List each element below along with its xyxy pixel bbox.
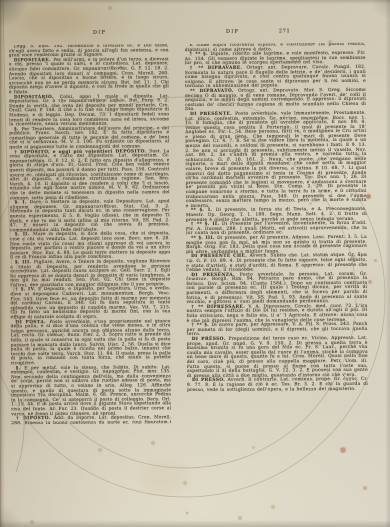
entry-headword: † ** §. [192,323,212,328]
entry-headword: DI PRESÈNTE CHE. [191,254,250,259]
entry-headword: DIPOSITÀRE. [14,58,54,63]
scanned-dictionary-page: DIP DIP 271 Legg. S. Eust. 192. Incominc… [0,0,390,527]
entry-headword: † DIPÒSTO. [16,416,54,421]
entry-headword: † ** §. [190,52,211,57]
entry-headword: † ** §. II. [191,222,222,227]
dictionary-entry: DI PRESÈNTE. Posto avverbiale, vale Imma… [185,112,367,210]
entry-headword: DI PÒSTA. [16,320,50,325]
text-column-left: Legg. S. Eust. 192. Incominciò a favella… [9,44,172,424]
dictionary-entry: §. Per Tesoriere, Amministratore dell'av… [9,127,169,151]
dictionary-entry: DI PRÈSSO. Preposizione del terzo caso e… [187,337,368,380]
entry-headword: §. [14,127,21,132]
entry-headword: ** DIPRAVATO. [190,89,238,94]
entry-headword: † §. IV. [15,288,38,293]
entry-headword: DI PRESÈNZA. [191,272,240,277]
entry-headword: † DIPÒSITO, e oggi più volentieri DEPÒSI… [14,149,149,155]
entry-headword: §. [16,366,24,371]
entry-headword: §. I. [15,200,30,205]
dictionary-entry: §. II. Stare in deposito, si dice della … [10,233,170,262]
entry-headword: DI PRÈSSO. [192,378,228,383]
page-number: 271 [268,28,302,34]
dictionary-entry: † DIPÒSTO. Add. da Diporre. Lat. deposit… [11,416,171,424]
dictionary-entry: §. E per metaf. vale lo stesso, che Subi… [11,366,171,418]
dictionary-entry: §. I. Dare, o Mettere in deposito, vale … [10,200,170,233]
entry-headword: † ** DIPRESSARE. [191,304,248,309]
dictionary-entry: † §. IV. E Deposito, e Diposito, per Sep… [10,288,170,321]
text-column-right: E come sopra ricorderai dipinto, e costr… [185,43,369,423]
entry-headword: §. II. [15,232,33,237]
dictionary-entry: DIPOSITÀRE. Per mill'armi, e in potere d… [9,58,169,96]
dictionary-entry: DI PRESÈNZA. Posto avverbiale. In person… [186,272,367,305]
entry-headword: DI PRÈSSO. [192,337,229,342]
dictionary-entry: §. III. Pigliare, Avere, o Tenere in dep… [10,260,170,289]
entry-headword: §. III. [15,260,34,265]
entry-headword: DIPOSITÀRIO. [14,94,60,99]
page-content: DIP DIP 271 Legg. S. Eust. 192. Incominc… [0,0,390,527]
dictionary-entry: DI PRESÈNTE CHE. Avverb. Subito che. Lat… [186,254,367,274]
running-head-left: DIP [77,30,123,36]
dictionary-entry: ** DIPRAVATO. Ortogr. ant. Depravato. Mo… [185,89,366,113]
dictionary-entry: DI PRÈSSO. Avverb. Il contrario. Lat. co… [187,378,368,393]
entry-headword: † ** DIPRAVARE. [190,66,247,71]
running-head-right: DIP [210,29,256,35]
dictionary-entry: DIPOSITÀRIO. Colui, appo 'l quale si dip… [9,95,169,128]
dictionary-entry: † DIPÒSITO, e oggi più volentieri DEPÒSI… [9,150,169,202]
entry-headword: DI PRESÈNTE. [190,112,235,117]
dictionary-entry: DI PÒSTA. Posto avverbiale, s'usa propri… [11,320,171,367]
entry-headword: ** §. III. [191,236,217,241]
entry-headword: ** §. I. [191,208,216,213]
dictionary-entry: † ** DIPRAVARE. Ortogr. ant. Depravare, … [185,66,366,90]
